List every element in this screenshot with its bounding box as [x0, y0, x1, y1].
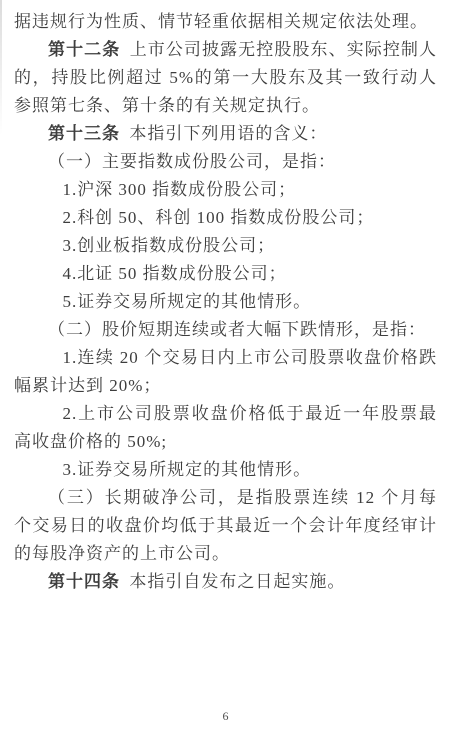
paragraph: 2.科创 50、科创 100 指数成份股公司；	[14, 204, 437, 232]
paragraph-text: （二）股价短期连续或者大幅下跌情形，是指：	[48, 320, 426, 339]
paragraph: （三）长期破净公司，是指股票连续 12 个月每个交易日的收盘价均低于其最近一个会…	[14, 484, 437, 568]
paragraph: （一）主要指数成份股公司，是指：	[14, 148, 437, 176]
paragraph: 2.上市公司股票收盘价格低于最近一年股票最高收盘价格的 50%;	[14, 400, 437, 456]
paragraph: 4.北证 50 指数成份股公司；	[14, 260, 437, 288]
paragraph-text: 4.北证 50 指数成份股公司；	[62, 264, 286, 283]
paragraph-text: 3.证券交易所规定的其他情形。	[62, 460, 311, 479]
paragraph: 1.连续 20 个交易日内上市公司股票收盘价格跌幅累计达到 20%；	[14, 344, 437, 400]
paragraph: （二）股价短期连续或者大幅下跌情形，是指：	[14, 316, 437, 344]
paragraph: 3.创业板指数成份股公司；	[14, 232, 437, 260]
paragraph: 据违规行为性质、情节轻重依据相关规定依法处理。	[14, 8, 437, 36]
paragraph-text: 3.创业板指数成份股公司；	[62, 236, 275, 255]
document-page: 据违规行为性质、情节轻重依据相关规定依法处理。 第十二条上市公司披露无控股股东、…	[0, 0, 451, 748]
paragraph-text: 据违规行为性质、情节轻重依据相关规定依法处理。	[14, 12, 428, 31]
page-number: 6	[0, 709, 451, 724]
scan-edge-artifact	[0, 0, 2, 135]
paragraph: 第十四条本指引自发布之日起实施。	[14, 568, 437, 596]
paragraph: 1.沪深 300 指数成份股公司；	[14, 176, 437, 204]
paragraph-text: 2.科创 50、科创 100 指数成份股公司；	[62, 208, 374, 227]
article-number: 第十四条	[48, 572, 120, 591]
paragraph: 3.证券交易所规定的其他情形。	[14, 456, 437, 484]
paragraph-text: （一）主要指数成份股公司，是指：	[48, 152, 336, 171]
paragraph: 第十二条上市公司披露无控股股东、实际控制人的，持股比例超过 5%的第一大股东及其…	[14, 36, 437, 120]
document-body: 据违规行为性质、情节轻重依据相关规定依法处理。 第十二条上市公司披露无控股股东、…	[14, 8, 437, 596]
article-number: 第十三条	[48, 124, 120, 143]
paragraph: 第十三条本指引下列用语的含义：	[14, 120, 437, 148]
paragraph-text: 5.证券交易所规定的其他情形。	[62, 292, 311, 311]
paragraph-text: 本指引下列用语的含义：	[129, 124, 327, 143]
paragraph-text: （三）长期破净公司，是指股票连续 12 个月每个交易日的收盘价均低于其最近一个会…	[14, 488, 437, 563]
paragraph-text: 1.沪深 300 指数成份股公司；	[62, 180, 296, 199]
paragraph-text: 本指引自发布之日起实施。	[129, 572, 345, 591]
paragraph-text: 1.连续 20 个交易日内上市公司股票收盘价格跌幅累计达到 20%；	[14, 348, 437, 395]
paragraph-text: 2.上市公司股票收盘价格低于最近一年股票最高收盘价格的 50%;	[14, 404, 437, 451]
paragraph: 5.证券交易所规定的其他情形。	[14, 288, 437, 316]
article-number: 第十二条	[48, 40, 120, 59]
